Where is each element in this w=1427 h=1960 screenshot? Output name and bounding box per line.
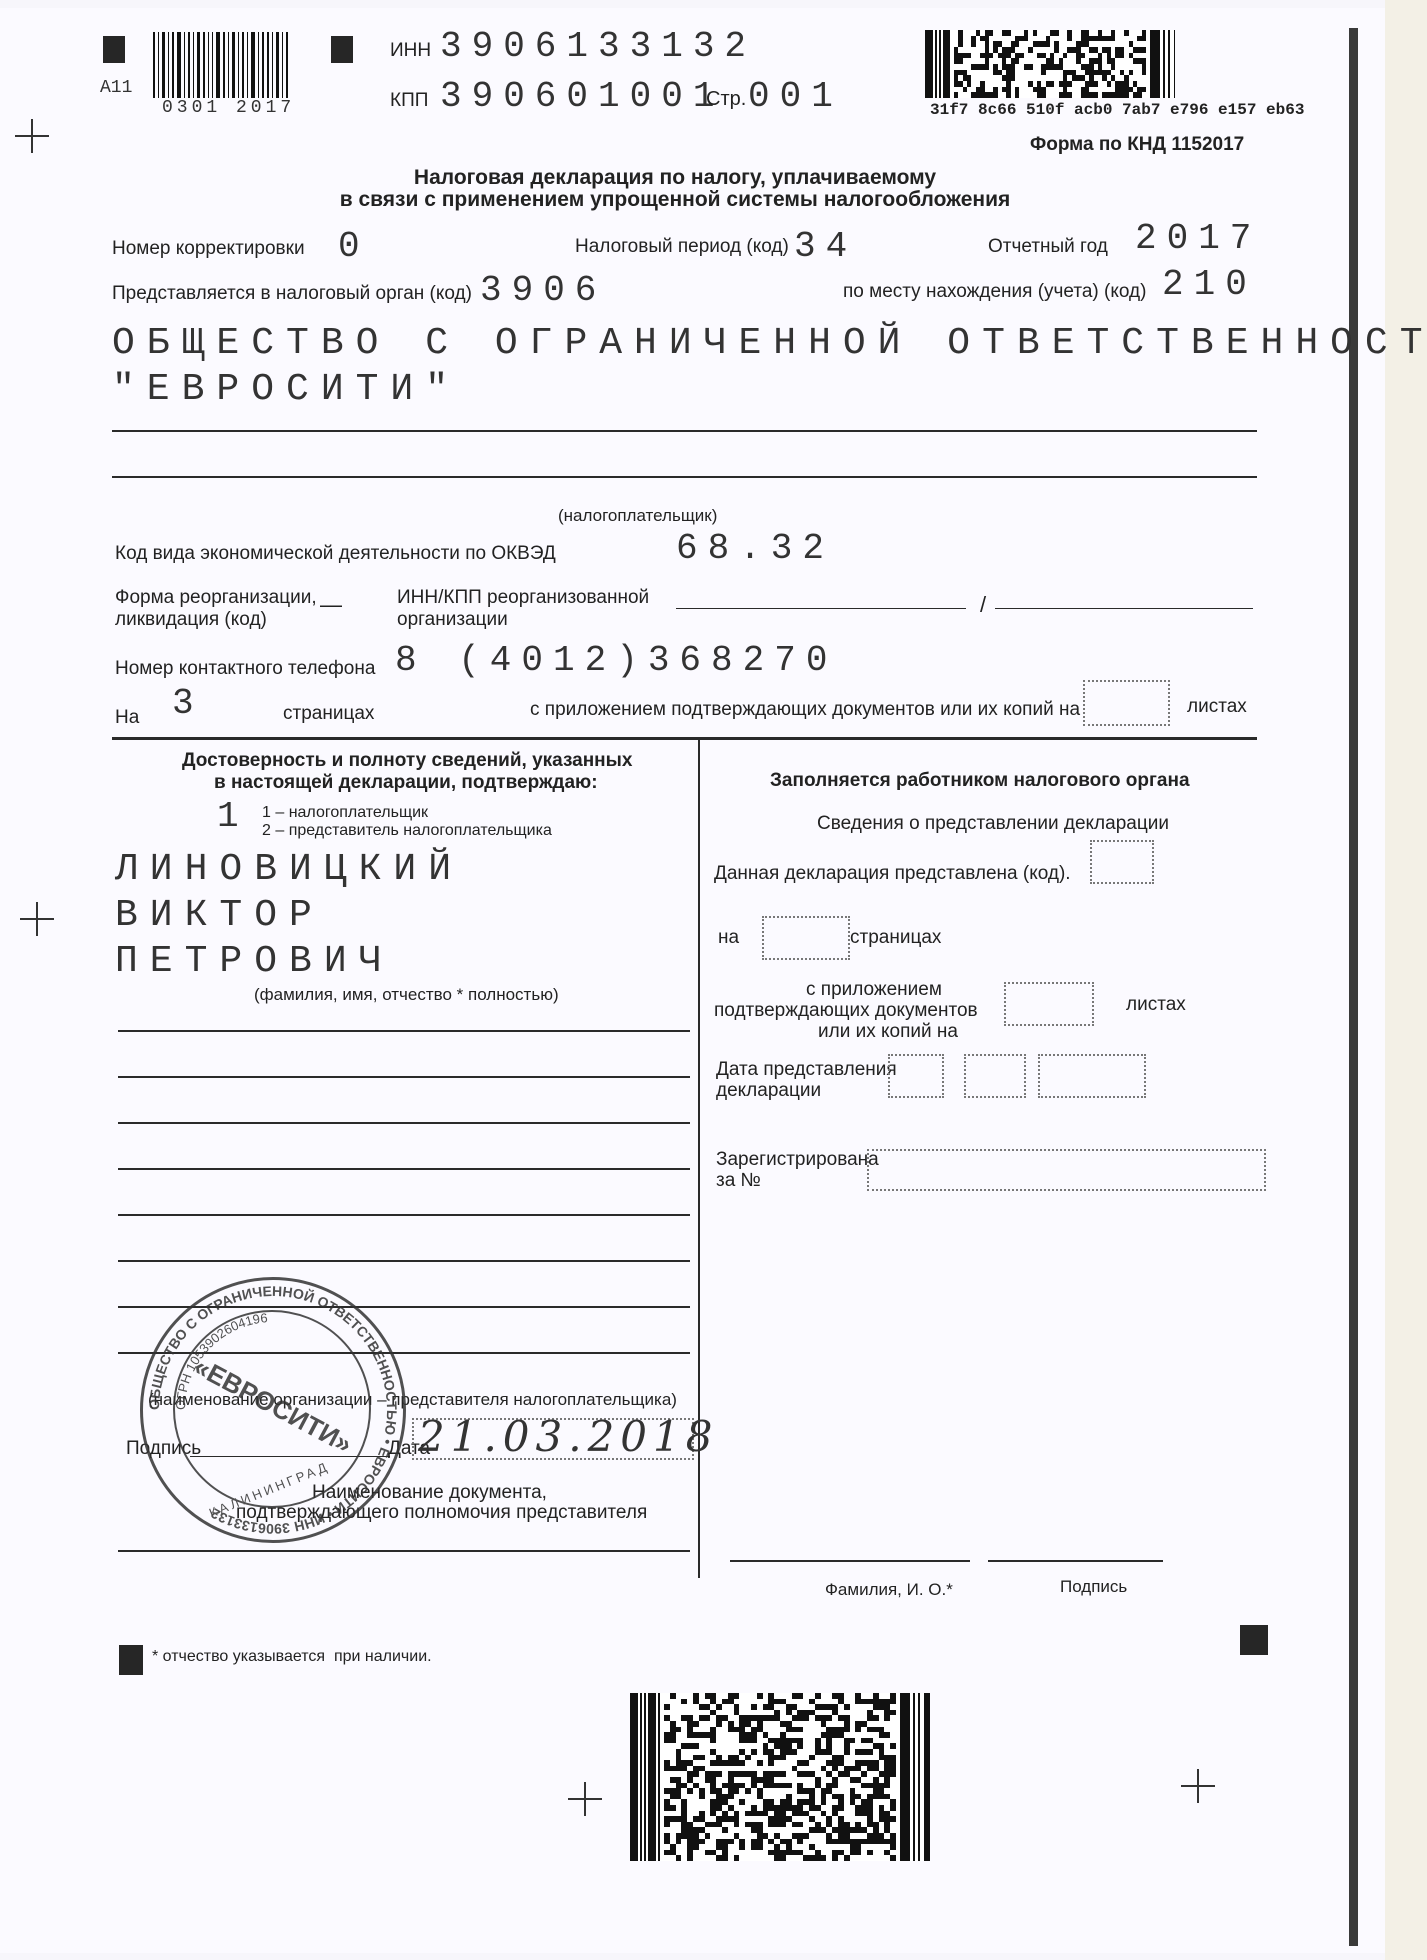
reorg-kpp-field[interactable] [995,608,1253,609]
registration-cross-left [20,902,54,936]
period-label: Налоговый период (код) [575,236,789,258]
correction-value[interactable]: 0 [338,226,370,267]
office-attach-line3: или их копий на [818,1021,958,1043]
barcode-hash: 31f7 8c66 510f acb0 7ab7 e796 e157 eb63 [930,101,1304,119]
submitted-code-label: Данная декларация представлена (код). [714,863,1071,885]
linear-barcode [153,32,291,98]
pdf417-barcode-bottom [630,1693,930,1861]
office-attach-suffix: листах [1126,994,1186,1016]
correction-label: Номер корректировки [112,238,305,260]
pages-suffix: страницах [283,703,374,725]
registration-cross-bottom-right [1181,1769,1215,1803]
registered-label-1: Зарегистрирована [716,1149,879,1171]
attachments-suffix: листах [1187,696,1247,718]
signer-surname[interactable]: ЛИНОВИЦКИЙ [115,848,463,891]
corner-marker-top-mid [331,36,353,63]
office-signature-caption: Подпись [1060,1577,1127,1597]
scan-edge [1385,0,1427,1960]
office-date-label-2: декларации [716,1080,821,1102]
page-value: 001 [748,76,843,117]
reorg-label-2: ликвидация (код) [115,609,267,631]
taxpayer-name-line2[interactable]: "ЕВРОСИТИ" [112,368,460,411]
rep-line-2 [118,1076,690,1078]
office-fio-line [730,1560,970,1562]
reorg-separator: / [980,592,986,618]
doc-line [118,1550,690,1552]
page-label: Стр. [706,88,746,111]
reorg-inn-field[interactable] [676,608,966,609]
office-pages-prefix: на [718,927,739,949]
date-value[interactable]: 21.03.2018 [418,1412,718,1461]
fio-caption: (фамилия, имя, отчество * полностью) [254,985,559,1005]
registered-label-2: за № [716,1170,761,1192]
taxpayer-line-4 [112,476,1257,478]
pages-value[interactable]: 3 [172,683,204,724]
phone-label: Номер контактного телефона [115,658,375,680]
location-label: по месту нахождения (учета) (код) [843,281,1146,303]
reorg-inn-label-2: организации [397,609,508,631]
submitted-code-field[interactable] [1090,840,1154,884]
taxpayer-line-3 [112,430,1257,432]
attachments-sheets-field[interactable] [1083,680,1170,726]
right-border-bar [1349,28,1358,1946]
pdf417-barcode-top [925,30,1175,98]
office-date-day[interactable] [888,1054,944,1098]
registration-cross-top-left [15,119,49,153]
registration-number-field[interactable] [867,1149,1266,1191]
office-attach-line1: с приложением [806,979,942,1001]
registration-cross-bottom-left [568,1782,602,1816]
confirm-heading-line1: Достоверность и полноту сведений, указан… [182,750,632,772]
corner-marker-top-left [103,36,125,63]
rep-line-3 [118,1122,690,1124]
rep-line-4 [118,1168,690,1170]
period-value[interactable]: 34 [794,226,857,267]
office-date-month[interactable] [964,1054,1026,1098]
declaration-title-line2: в связи с применением упрощенной системы… [200,188,1150,212]
attachments-label: с приложением подтверждающих документов … [530,699,1080,721]
kpp-value: 390601001 [440,76,724,117]
phone-value[interactable]: 8 (4012)368270 [395,640,837,681]
office-attach-line2: подтверждающих документов [714,1000,978,1022]
okved-value[interactable]: 68.32 [676,528,834,569]
section-divider [112,737,1257,740]
signer-name[interactable]: ВИКТОР [115,894,324,937]
signer-option-1: 1 – налогоплательщик [262,804,428,822]
corner-marker-bottom-left [119,1645,143,1675]
kpp-label: КПП [390,90,428,112]
knd-form-code: Форма по КНД 1152017 [1030,134,1244,156]
office-date-label-1: Дата представления [716,1059,897,1081]
tax-authority-value[interactable]: 3906 [480,270,606,311]
office-pages-field[interactable] [762,916,850,960]
office-signature-line [988,1560,1163,1562]
confirm-heading-line2: в настоящей декларации, подтверждаю: [214,772,598,794]
pages-prefix: На [115,707,139,729]
reorg-value[interactable]: — [320,592,342,618]
form-code: A11 [100,78,132,98]
location-value[interactable]: 210 [1162,264,1257,305]
year-value[interactable]: 2017 [1135,218,1261,259]
declaration-title-line1: Налоговая декларация по налогу, уплачива… [200,166,1150,190]
rep-line-6 [118,1260,690,1262]
signer-patronymic[interactable]: ПЕТРОВИЧ [115,940,393,983]
inn-value: 3906133132 [440,26,756,67]
reorg-label-1: Форма реорганизации, [115,587,317,609]
company-seal: ОБЩЕСТВО С ОГРАНИЧЕННОЙ ОТВЕТСТВЕННОСТЬЮ… [140,1277,406,1543]
year-label: Отчетный год [988,236,1108,258]
inn-label: ИНН [390,40,431,62]
tax-office-subheading: Сведения о представлении декларации [817,813,1169,835]
corner-marker-bottom-right [1240,1625,1268,1655]
footnote: * отчество указывается при наличии. [152,1648,432,1666]
signer-option-2: 2 – представитель налогоплательщика [262,822,552,840]
rep-line-5 [118,1214,690,1216]
office-pages-suffix: страницах [850,927,941,949]
signer-code[interactable]: 1 [217,796,249,837]
rep-line-1 [118,1030,690,1032]
office-date-year[interactable] [1038,1054,1146,1098]
office-fio-caption: Фамилия, И. О.* [825,1580,953,1600]
taxpayer-caption: (налогоплательщик) [558,506,717,526]
reorg-inn-label-1: ИНН/КПП реорганизованной [397,587,649,609]
okved-label: Код вида экономической деятельности по О… [115,543,556,565]
office-attach-field[interactable] [1004,982,1094,1026]
tax-office-heading: Заполняется работником налогового органа [770,770,1190,792]
tax-authority-label: Представляется в налоговый орган (код) [112,283,472,305]
barcode-number: 0301 2017 [162,98,295,118]
taxpayer-name-line1[interactable]: ОБЩЕСТВО С ОГРАНИЧЕННОЙ ОТВЕТСТВЕННОСТЬЮ [112,322,1427,365]
